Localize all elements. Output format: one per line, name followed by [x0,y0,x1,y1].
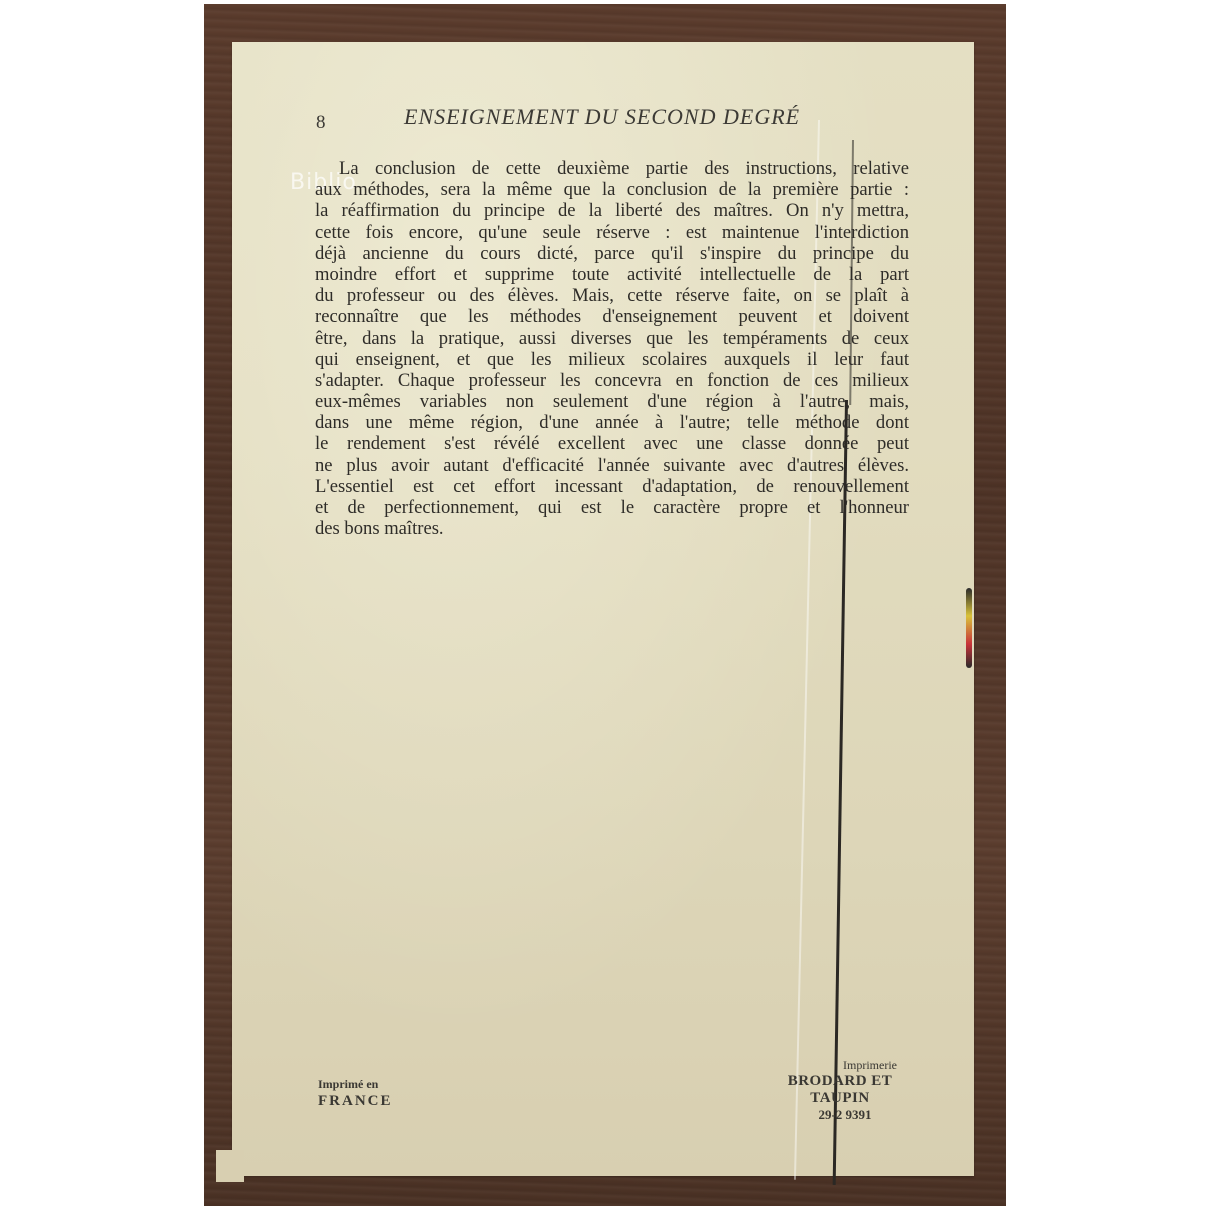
text-line: L'essentiel est cet effort incessant d'a… [315,476,909,497]
text-line: être, dans la pratique, aussi diverses q… [315,328,909,349]
text-line: ne plus avoir autant d'efficacité l'anné… [315,455,909,476]
imprint-label: Imprimé en [318,1077,393,1092]
printed-in-imprint: Imprimé en FRANCE [318,1077,393,1110]
imprint-country: FRANCE [318,1093,393,1110]
text-line: la réaffirmation du principe de la liber… [315,200,909,221]
text-line: des bons maîtres. [315,518,909,539]
text-line: dans une même région, d'une année à l'au… [315,412,909,433]
text-line: déjà ancienne du cours dicté, parce qu'i… [315,243,909,264]
page-number: 8 [316,112,326,134]
page-corner [216,1150,244,1182]
text-line: eux-mêmes variables non seulement d'une … [315,391,909,412]
text-line: du professeur ou des élèves. Mais, cette… [315,285,909,306]
text-line: aux méthodes, sera la même que la conclu… [315,179,909,200]
text-line: La conclusion de cette deuxième partie d… [315,158,909,179]
text-line: s'adapter. Chaque professeur les concevr… [315,370,909,391]
text-line: qui enseignent, et que les milieux scola… [315,349,909,370]
print-number: 29-2 9391 [760,1107,920,1123]
printer-label: Imprimerie [760,1058,920,1073]
text-line: cette fois encore, qu'une seule réserve … [315,222,909,243]
bookmark-ribbon-edge [966,588,972,668]
text-line: et de perfectionnement, qui est le carac… [315,497,909,518]
printer-imprint: Imprimerie BRODARD ET TAUPIN 29-2 9391 [760,1058,920,1123]
chapter-title: ENSEIGNEMENT DU SECOND DEGRÉ [404,104,800,130]
running-head: 8 ENSEIGNEMENT DU SECOND DEGRÉ [316,104,916,134]
text-line: reconnaître que les méthodes d'enseignem… [315,306,909,327]
text-line: moindre effort et supprime toute activit… [315,264,909,285]
text-line: le rendement s'est révélé excellent avec… [315,433,909,454]
printer-name: BRODARD ET TAUPIN [760,1073,920,1107]
body-paragraph: La conclusion de cette deuxième partie d… [315,158,909,539]
